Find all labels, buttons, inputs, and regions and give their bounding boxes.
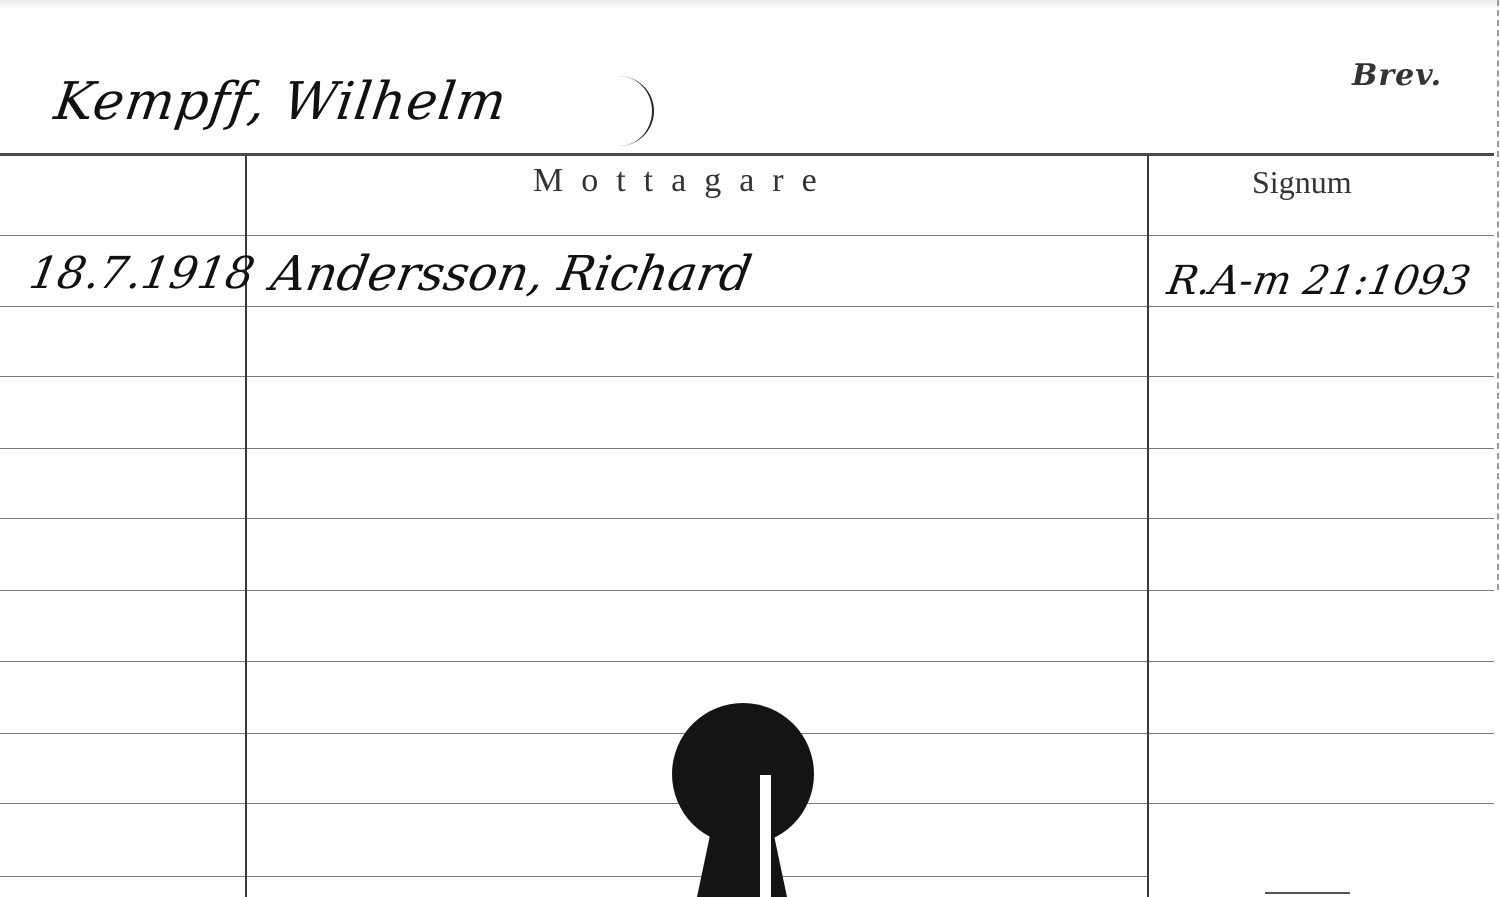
punch-hole-slot (760, 775, 771, 897)
row-signum: R.A-m 21:1093 (1164, 258, 1474, 304)
column-header-recipient: Mottagare (533, 162, 835, 200)
header-rule (0, 153, 1494, 156)
column-header-signum: Signum (1252, 164, 1352, 201)
heading-bracket-stroke (612, 76, 654, 146)
signum-column-divider (1147, 156, 1149, 897)
card-top-edge (0, 0, 1500, 10)
table-rule (0, 235, 1494, 236)
bottom-edge-mark (1265, 892, 1350, 894)
table-rule (0, 518, 1494, 519)
table-rule (0, 661, 1494, 662)
table-rule (0, 376, 1494, 377)
table-rule (0, 448, 1494, 449)
table-rule (0, 876, 1148, 877)
table-rule (0, 590, 1494, 591)
table-rule (0, 306, 1494, 307)
row-recipient: Andersson, Richard (267, 246, 756, 302)
card-category-label: Brev. (1352, 58, 1442, 93)
row-date: 18.7.1918 (26, 248, 259, 299)
card-name-heading: Kempff, Wilhelm (51, 72, 511, 132)
index-card: Kempff, Wilhelm Brev. Mottagare Signum 1… (0, 0, 1500, 897)
